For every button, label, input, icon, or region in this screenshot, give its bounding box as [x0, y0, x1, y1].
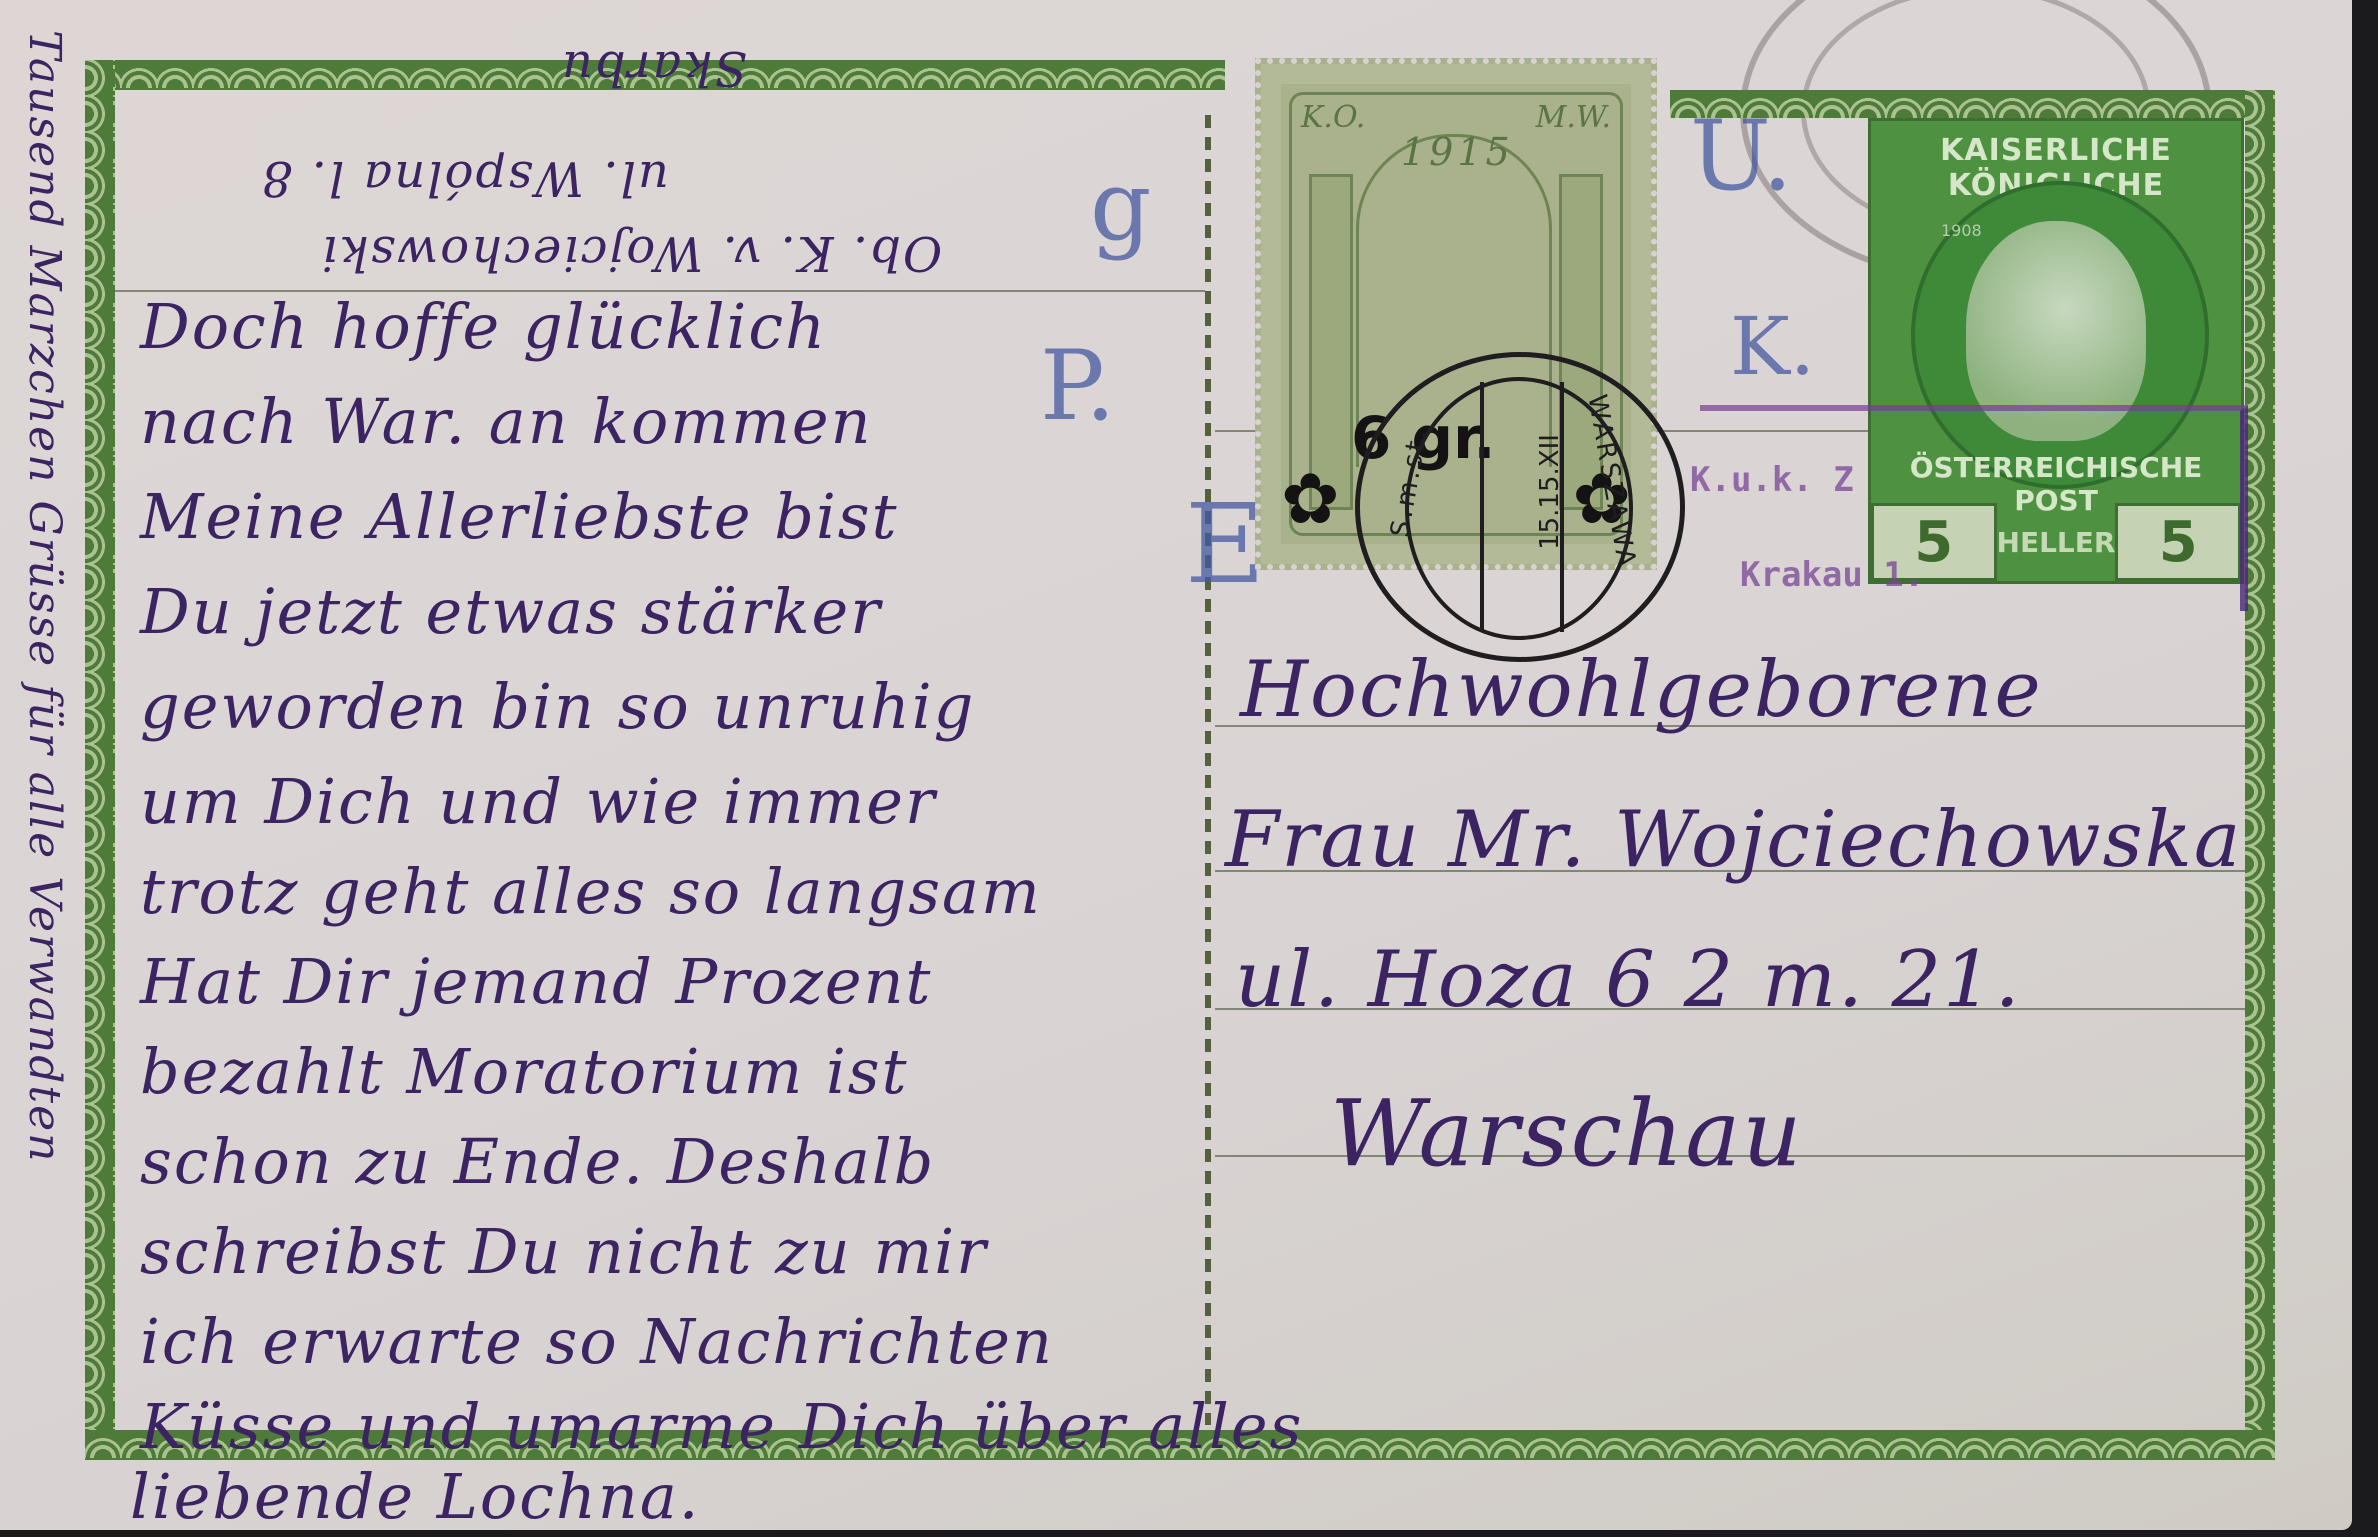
message-signature: liebende Lochna. [130, 1460, 701, 1533]
message-line: Du jetzt etwas stärker [140, 575, 882, 648]
postmark-date: 15.15.XII [1535, 434, 1565, 550]
upside-down-line: ul. Wspólna l. 8 [260, 150, 669, 206]
message-line: trotz geht alles so langsam [140, 855, 1042, 928]
margin-greeting: Tausend Marzchen Grüsse für alle Verwand… [19, 30, 70, 1163]
address-line: Frau Mr. Wojciechowska [1225, 795, 2242, 885]
address-city: Warschau [1330, 1080, 1803, 1187]
message-line: nach War. an kommen [140, 385, 873, 458]
stamp-year: 1908 [1941, 221, 1982, 240]
censor-mark-u: U. [1690, 100, 1793, 212]
message-line: schreibst Du nicht zu mir [140, 1215, 988, 1288]
message-line: Hat Dir jemand Prozent [140, 945, 932, 1018]
message-line: Meine Allerliebste bist [140, 480, 899, 553]
message-line: Küsse und umarme Dich über alles [140, 1390, 1303, 1463]
message-line: geworden bin so unruhig [140, 670, 975, 743]
message-line: um Dich und wie immer [140, 765, 937, 838]
stamp-year: 1915 [1401, 130, 1514, 174]
upside-down-line: Skarbu [560, 40, 747, 96]
stamp-ko-label: K.O. [1301, 100, 1365, 135]
censor-mark-g: g [1090, 150, 1151, 262]
postmark-bar [1480, 382, 1484, 632]
address-line: ul. Hoza 6 2 m. 21. [1235, 935, 2022, 1025]
flower-ornament-icon: ✿ [1281, 464, 1340, 534]
border-right [2245, 90, 2275, 1460]
stamp-mw-label: M.W. [1536, 100, 1611, 135]
message-address-divider [1205, 115, 1211, 1425]
message-line: Doch hoffe glücklich [140, 290, 827, 363]
border-left [85, 60, 115, 1450]
postal-card: Skarbu ul. Wspólna l. 8 Ob. K. v. Wojcie… [0, 0, 2352, 1530]
violet-stamp-line: Krakau 1. [1740, 555, 1924, 595]
violet-stamp-line: K.u.k. Z [1690, 460, 1854, 500]
censor-mark-k: K. [1730, 300, 1815, 393]
censor-mark-p: P. [1040, 330, 1116, 442]
censor-mark-e: E [1185, 480, 1265, 608]
message-line: schon zu Ende. Deshalb [140, 1125, 935, 1198]
postmark: S.m.st. WARSZAWA 15.15.XII [1355, 352, 1685, 662]
address-line: Hochwohlgeborene [1240, 645, 2043, 735]
message-line: bezahlt Moratorium ist [140, 1035, 909, 1108]
upside-down-line: Ob. K. v. Wojciechowski [320, 225, 942, 281]
message-line: ich erwarte so Nachrichten [140, 1305, 1054, 1378]
